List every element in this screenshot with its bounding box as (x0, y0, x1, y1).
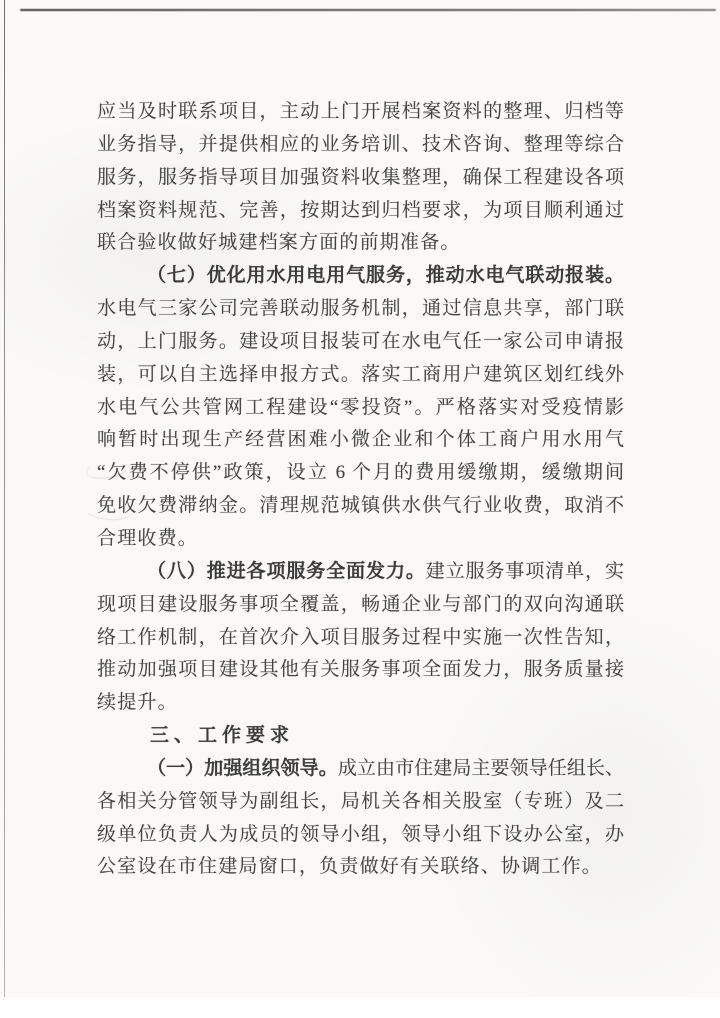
body-text: 动，上门服务。建设项目报装可在水电气任一家公司申请报 (97, 331, 624, 352)
subsection-heading-text: （一）加强组织领导。 (147, 758, 338, 779)
body-text: 响暂时出现生产经营困难小微企业和个体工商户用水用气 (97, 429, 624, 450)
body-text: 合理收费。 (97, 528, 198, 549)
text-line: 响暂时出现生产经营困难小微企业和个体工商户用水用气 (97, 424, 624, 457)
body-text: “欠费不停供”政策，设立 6 个月的费用缓缴期，缓缴期间 (97, 462, 624, 483)
section-heading-text: （八）推进各项服务全面发力。 (147, 561, 426, 582)
body-text: 免收欠费滞纳金。清理规范城镇供水供气行业收费，取消不 (97, 495, 624, 516)
body-text: 服务，服务指导项目加强资料收集整理，确保工程建设各项 (97, 167, 624, 188)
text-line: “欠费不停供”政策，设立 6 个月的费用缓缴期，缓缴期间 (97, 457, 624, 490)
body-text: 联合验收做好城建档案方面的前期准备。 (97, 232, 461, 253)
text-line: 现项目建设服务事项全覆盖，畅通企业与部门的双向沟通联 (97, 589, 624, 622)
text-line: 档案资料规范、完善，按期达到归档要求，为项目顺利通过 (97, 195, 624, 228)
text-line: 络工作机制，在首次介入项目服务过程中实施一次性告知， (97, 622, 624, 655)
body-text: 现项目建设服务事项全覆盖，畅通企业与部门的双向沟通联 (97, 594, 624, 615)
chapter-heading-text: 三、工作要求 (150, 725, 294, 746)
text-line: 联合验收做好城建档案方面的前期准备。 (97, 227, 624, 260)
scan-top-edge-line (20, 9, 716, 11)
text-line: 各相关分管领导为副组长，局机关各相关股室（专班）及二 (97, 786, 624, 819)
text-line: 服务，服务指导项目加强资料收集整理，确保工程建设各项 (97, 162, 624, 195)
body-text: 成立由市住建局主要领导任组长、 (338, 758, 624, 779)
body-text: 公室设在市住建局窗口，负责做好有关联络、协调工作。 (97, 856, 602, 877)
text-line: 级单位负责人为成员的领导小组，领导小组下设办公室，办 (97, 819, 624, 852)
body-text: 建立服务事项清单，实 (426, 561, 624, 582)
text-line: 续提升。 (97, 687, 624, 720)
scan-bottom-strip (0, 997, 720, 1018)
text-line: 免收欠费滞纳金。清理规范城镇供水供气行业收费，取消不 (97, 490, 624, 523)
body-text: 水电气三家公司完善联动服务机制，通过信息共享，部门联 (97, 298, 624, 319)
section-heading-text: （七）优化用水用电用气服务，推动水电气联动报装。 (147, 265, 624, 286)
text-line: 水电气公共管网工程建设“零投资”。严格落实对受疫情影 (97, 392, 624, 425)
scanned-document-page: 应当及时联系项目，主动上门开展档案资料的整理、归档等 业务指导，并提供相应的业务… (0, 0, 720, 1018)
scan-left-edge-line (4, 0, 6, 1000)
text-line: （八）推进各项服务全面发力。建立服务事项清单，实 (97, 556, 624, 589)
body-text: 业务指导，并提供相应的业务培训、技术咨询、整理等综合 (97, 134, 624, 155)
text-line: 三、工作要求 (97, 720, 624, 753)
text-line: 合理收费。 (97, 523, 624, 556)
text-line: 水电气三家公司完善联动服务机制，通过信息共享，部门联 (97, 293, 624, 326)
body-text: 络工作机制，在首次介入项目服务过程中实施一次性告知， (97, 627, 624, 648)
text-line: 业务指导，并提供相应的业务培训、技术咨询、整理等综合 (97, 129, 624, 162)
body-text: 推动加强项目建设其他有关服务事项全面发力，服务质量接 (97, 659, 624, 680)
text-line: 应当及时联系项目，主动上门开展档案资料的整理、归档等 (97, 96, 624, 129)
body-text: 水电气公共管网工程建设“零投资”。严格落实对受疫情影 (97, 397, 624, 418)
body-text: 续提升。 (97, 692, 178, 713)
text-line: （七）优化用水用电用气服务，推动水电气联动报装。 (97, 260, 624, 293)
body-text: 各相关分管领导为副组长，局机关各相关股室（专班）及二 (97, 791, 624, 812)
text-line: 动，上门服务。建设项目报装可在水电气任一家公司申请报 (97, 326, 624, 359)
body-text: 档案资料规范、完善，按期达到归档要求，为项目顺利通过 (97, 200, 624, 221)
body-text: 应当及时联系项目，主动上门开展档案资料的整理、归档等 (97, 101, 624, 122)
body-text: 装，可以自主选择申报方式。落实工商用户建筑区划红线外 (97, 364, 624, 385)
text-line: 公室设在市住建局窗口，负责做好有关联络、协调工作。 (97, 851, 624, 884)
body-text: 级单位负责人为成员的领导小组，领导小组下设办公室，办 (97, 824, 624, 845)
text-line: 装，可以自主选择申报方式。落实工商用户建筑区划红线外 (97, 359, 624, 392)
text-line: 推动加强项目建设其他有关服务事项全面发力，服务质量接 (97, 654, 624, 687)
text-line: （一）加强组织领导。成立由市住建局主要领导任组长、 (97, 753, 624, 786)
document-text-block: 应当及时联系项目，主动上门开展档案资料的整理、归档等 业务指导，并提供相应的业务… (97, 96, 624, 884)
